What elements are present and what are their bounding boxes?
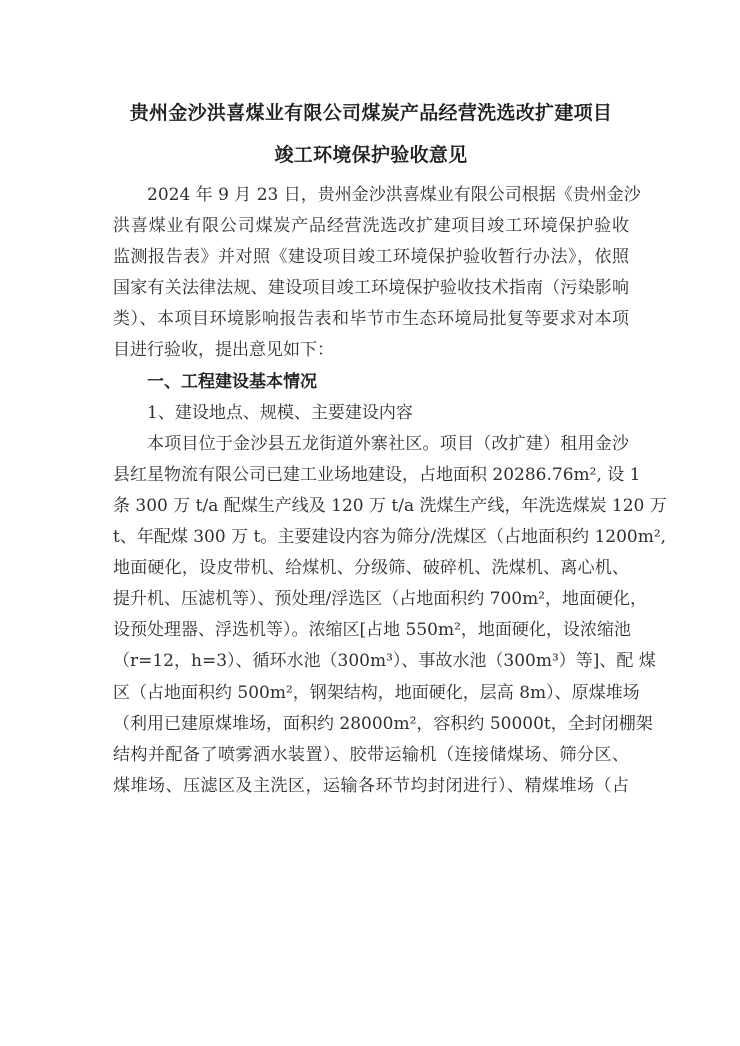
- content-line: 提升机、压滤机等）、预处理/浮选区（占地面积约 700m²，地面硬化，: [113, 584, 629, 615]
- content-line: 区（占地面积约 500m²，钢架结构，地面硬化，层高 8m）、原煤堆场: [113, 678, 629, 709]
- intro-line: 监测报告表》并对照《建设项目竣工环境保护验收暂行办法》，依照: [113, 242, 629, 273]
- content-line: 条 300 万 t/a 配煤生产线及 120 万 t/a 洗煤生产线，年洗选煤炭…: [113, 491, 629, 522]
- intro-line: 2024 年 9 月 23 日，贵州金沙洪喜煤业有限公司根据《贵州金沙: [113, 180, 629, 211]
- content-line: 地面硬化，设皮带机、给煤机、分级筛、破碎机、洗煤机、离心机、: [113, 553, 629, 584]
- intro-line: 目进行验收，提出意见如下：: [113, 335, 629, 366]
- document-page: 贵州金沙洪喜煤业有限公司煤炭产品经营洗选改扩建项目 竣工环境保护验收意见 202…: [113, 92, 629, 802]
- intro-line: 类）、本项目环境影响报告表和毕节市生态环境局批复等要求对本项: [113, 304, 629, 335]
- content-line: 县红星物流有限公司已建工业场地建设，占地面积 20286.76m², 设 1: [113, 460, 629, 491]
- title-line-2: 竣工环境保护验收意见: [113, 134, 629, 176]
- content-line: 煤堆场、压滤区及主洗区，运输各环节均封闭进行）、精煤堆场（占: [113, 771, 629, 802]
- intro-paragraph: 2024 年 9 月 23 日，贵州金沙洪喜煤业有限公司根据《贵州金沙 洪喜煤业…: [113, 180, 629, 367]
- content-line: 结构并配备了喷雾洒水装置）、胶带运输机（连接储煤场、筛分区、: [113, 740, 629, 771]
- intro-line: 洪喜煤业有限公司煤炭产品经营洗选改扩建项目竣工环境保护验收: [113, 211, 629, 242]
- content-line: （利用已建原煤堆场，面积约 28000m²，容积约 50000t，全封闭棚架: [113, 709, 629, 740]
- content-line: t、年配煤 300 万 t。主要建设内容为筛分/洗煤区（占地面积约 1200m²…: [113, 522, 629, 553]
- section-heading: 一、工程建设基本情况: [113, 367, 629, 398]
- content-paragraph: 本项目位于金沙县五龙街道外寨社区。项目（改扩建）租用金沙 县红星物流有限公司已建…: [113, 429, 629, 802]
- document-title: 贵州金沙洪喜煤业有限公司煤炭产品经营洗选改扩建项目 竣工环境保护验收意见: [113, 92, 629, 176]
- subsection-heading: 1、建设地点、规模、主要建设内容: [113, 398, 629, 429]
- document-body: 2024 年 9 月 23 日，贵州金沙洪喜煤业有限公司根据《贵州金沙 洪喜煤业…: [113, 180, 629, 802]
- title-line-1: 贵州金沙洪喜煤业有限公司煤炭产品经营洗选改扩建项目: [113, 92, 629, 134]
- content-line: 设预处理器、浮选机等）。浓缩区[占地 550m²，地面硬化，设浓缩池: [113, 615, 629, 646]
- intro-line: 国家有关法律法规、建设项目竣工环境保护验收技术指南（污染影响: [113, 273, 629, 304]
- content-line: （r=12，h=3）、循环水池（300m³）、事故水池（300m³）等]、配 煤: [113, 646, 629, 677]
- content-line: 本项目位于金沙县五龙街道外寨社区。项目（改扩建）租用金沙: [113, 429, 629, 460]
